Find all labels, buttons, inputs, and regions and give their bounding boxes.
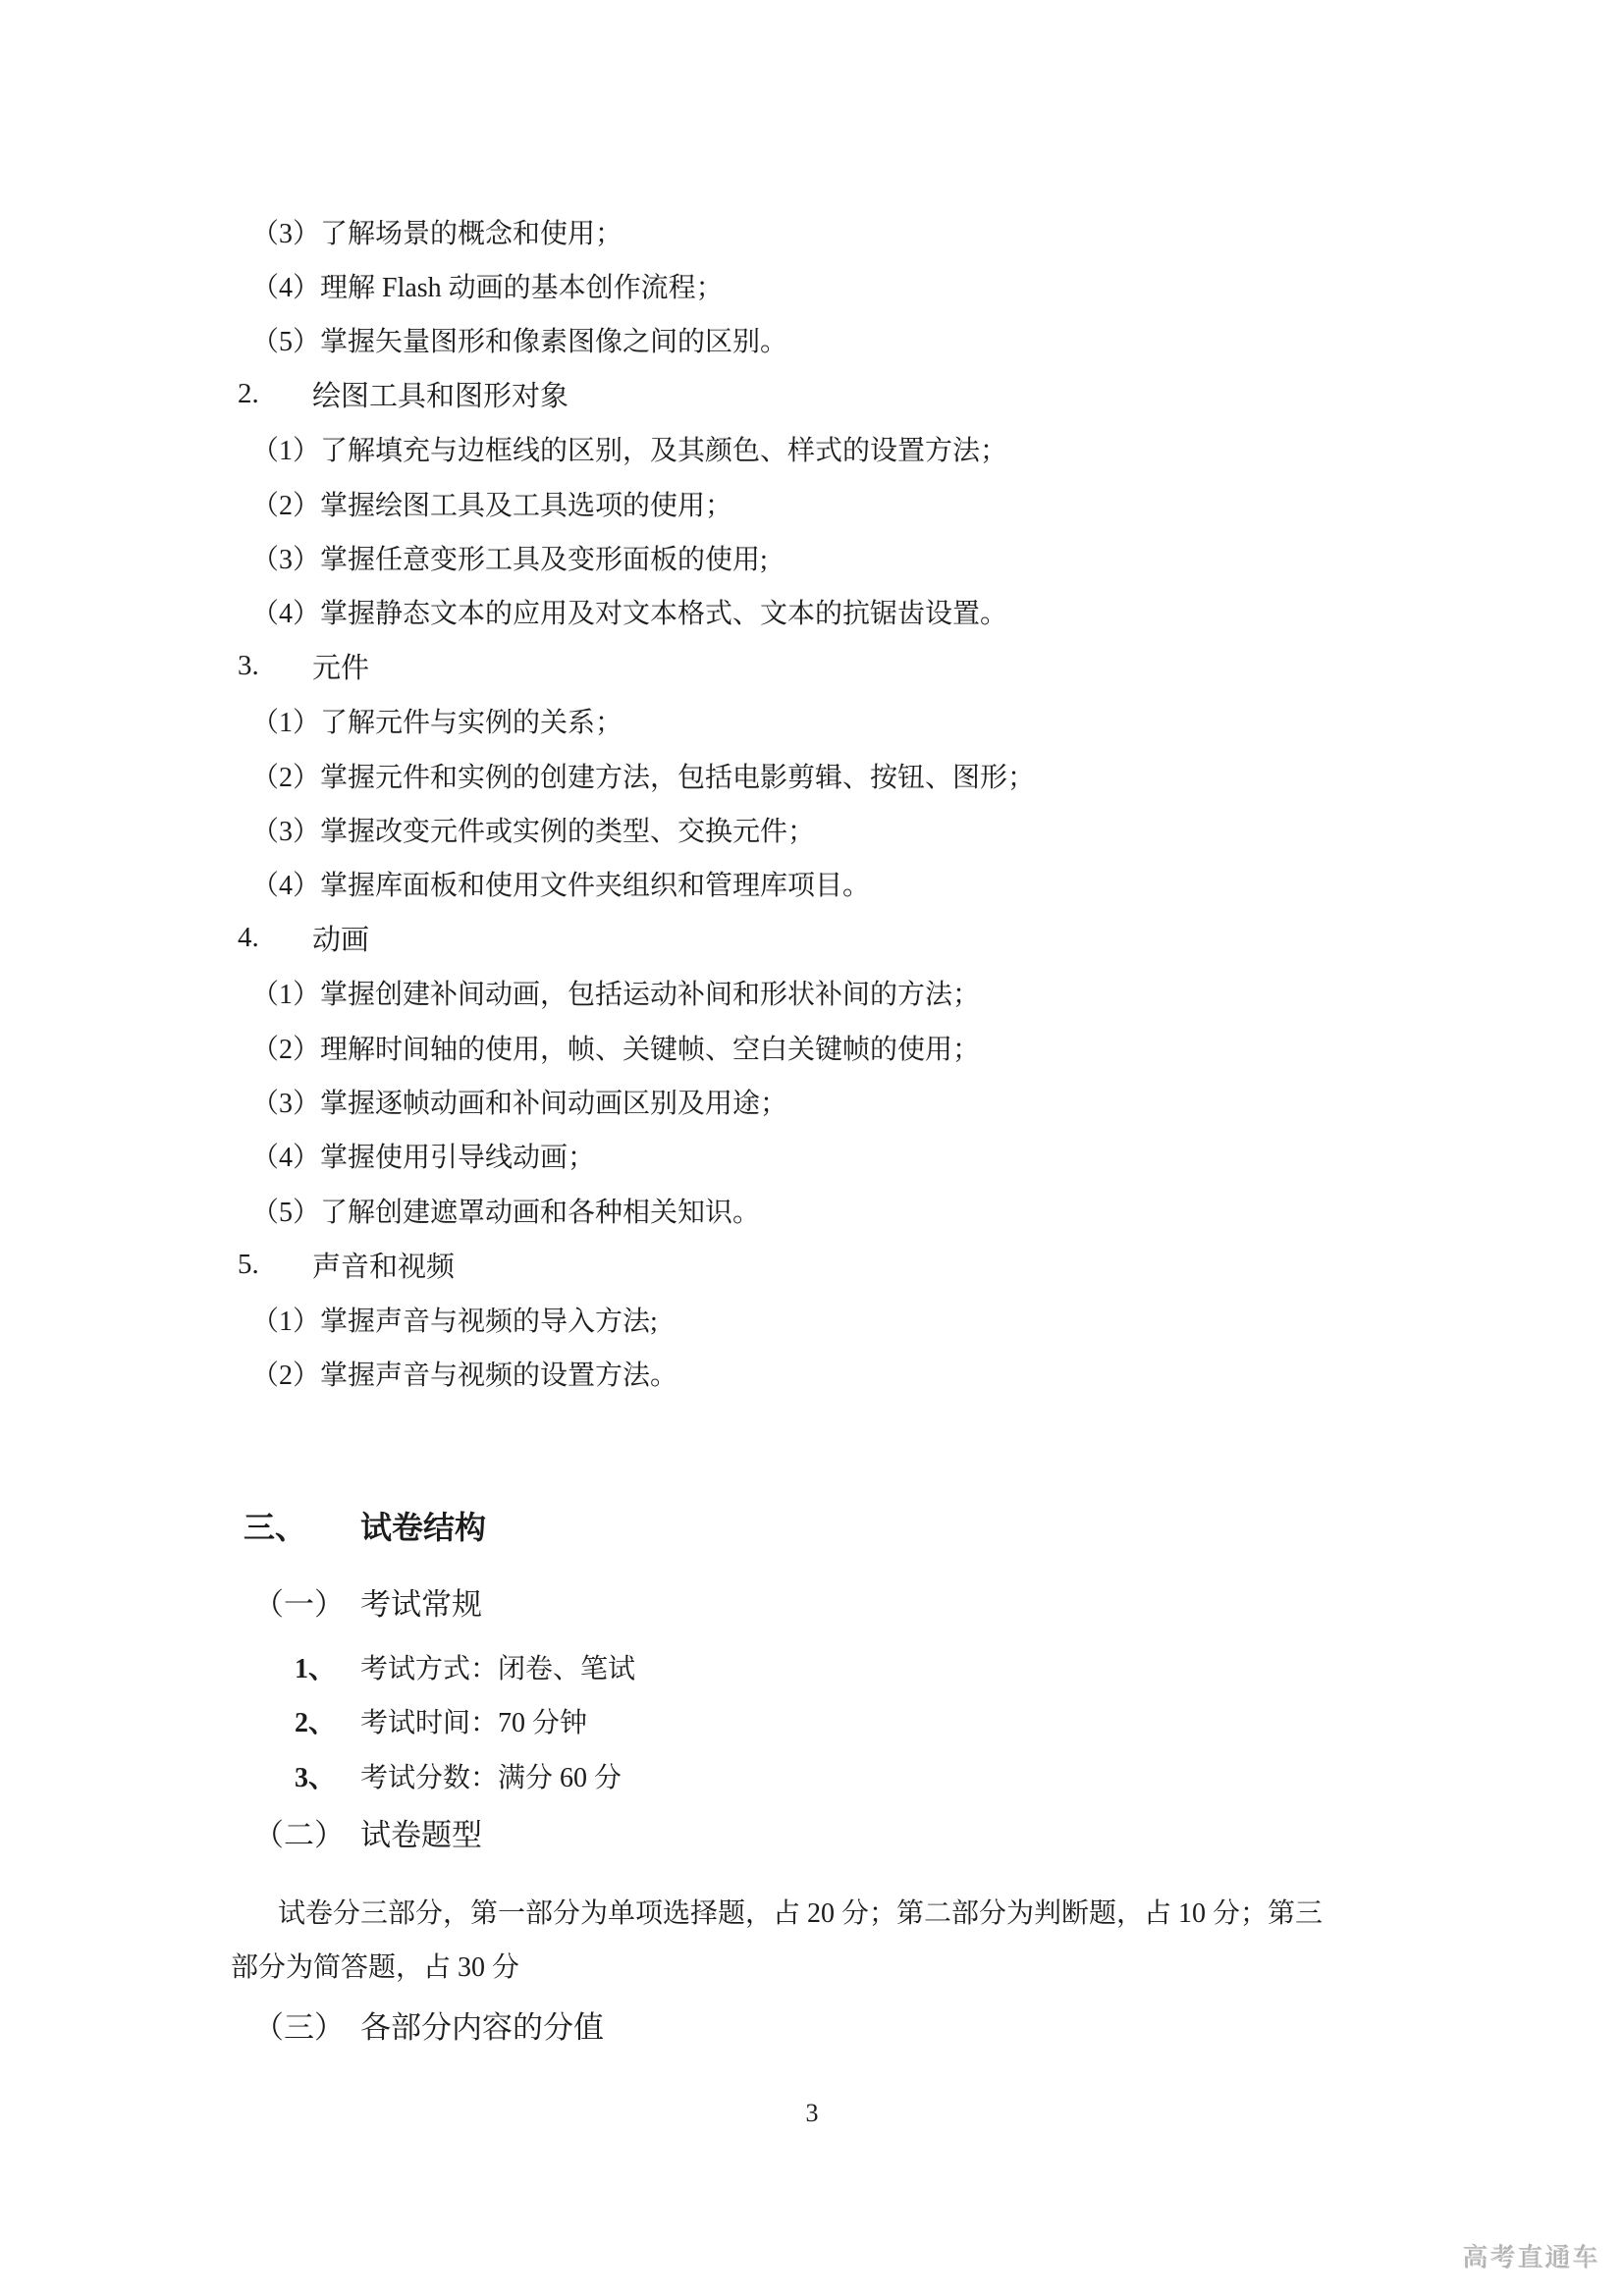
line-text: （2）掌握元件和实例的创建方法，包括电影剪辑、按钮、图形； [251, 756, 1035, 795]
doc-line: （4）掌握静态文本的应用及对文本格式、文本的抗锯齿设置。 [0, 585, 1624, 639]
doc-line: （一）考试常规 [0, 1575, 1624, 1629]
line-marker: （一） [253, 1579, 360, 1624]
line-text: 试卷题型 [360, 1810, 482, 1854]
line-text: （2）理解时间轴的使用，帧、关键帧、空白关键帧的使用； [251, 1028, 980, 1067]
line-marker: （二） [253, 1810, 360, 1854]
line-text: 考试分数：满分 60 分 [360, 1756, 622, 1795]
line-marker: 2、 [295, 1701, 360, 1740]
line-text: （1）掌握声音与视频的导入方法; [251, 1300, 658, 1339]
doc-line: 三、试卷结构 [0, 1499, 1624, 1553]
doc-line: （1）掌握声音与视频的导入方法; [0, 1292, 1624, 1346]
doc-line: 5.声音和视频 [0, 1237, 1624, 1291]
line-text: 考试方式：闭卷、笔试 [360, 1647, 635, 1686]
doc-line: （3）掌握任意变形工具及变形面板的使用; [0, 530, 1624, 584]
line-marker: 1、 [295, 1647, 360, 1686]
line-text: （3）掌握任意变形工具及变形面板的使用; [251, 538, 768, 577]
line-text: （4）掌握静态文本的应用及对文本格式、文本的抗锯齿设置。 [251, 592, 1007, 631]
doc-line: 3、考试分数：满分 60 分 [0, 1748, 1624, 1802]
doc-line: （2）掌握声音与视频的设置方法。 [0, 1346, 1624, 1400]
line-text: 元件 [312, 646, 369, 686]
doc-line: （三）各部分内容的分值 [0, 1998, 1624, 2052]
doc-line: 2、考试时间：70 分钟 [0, 1694, 1624, 1748]
line-text: （3）了解场景的概念和使用； [251, 212, 623, 251]
line-text: 考试常规 [360, 1579, 482, 1624]
line-text: （2）掌握声音与视频的设置方法。 [251, 1354, 677, 1393]
doc-line: （2）掌握元件和实例的创建方法，包括电影剪辑、按钮、图形； [0, 748, 1624, 802]
line-text: （1）了解填充与边框线的区别，及其颜色、样式的设置方法； [251, 429, 1007, 468]
line-marker: 3、 [295, 1756, 360, 1795]
line-text: （4）掌握使用引导线动画； [251, 1136, 595, 1175]
doc-line: （4）掌握库面板和使用文件夹组织和管理库项目。 [0, 857, 1624, 911]
line-text: （5）了解创建遮罩动画和各种相关知识。 [251, 1191, 760, 1230]
doc-line: （3）掌握逐帧动画和补间动画区别及用途； [0, 1074, 1624, 1128]
doc-line: （1）了解元件与实例的关系； [0, 694, 1624, 748]
line-text: 考试时间：70 分钟 [360, 1701, 587, 1740]
line-text: （1）掌握创建补间动画，包括运动补间和形状补间的方法； [251, 973, 980, 1012]
doc-line: （3）掌握改变元件或实例的类型、交换元件； [0, 802, 1624, 856]
doc-line: （1）了解填充与边框线的区别，及其颜色、样式的设置方法； [0, 422, 1624, 476]
line-text: 部分为简答题，占 30 分 [231, 1946, 519, 1985]
page-number: 3 [0, 2099, 1624, 2128]
doc-line: （5）了解创建遮罩动画和各种相关知识。 [0, 1183, 1624, 1237]
watermark: 高考直通车 [1463, 2238, 1600, 2274]
line-text: 各部分内容的分值 [360, 2002, 604, 2047]
line-marker: （三） [253, 2002, 360, 2047]
doc-line: 部分为简答题，占 30 分 [0, 1938, 1624, 1992]
line-marker: 三、 [244, 1503, 360, 1548]
line-text: 试卷结构 [360, 1503, 486, 1548]
line-text: （3）掌握改变元件或实例的类型、交换元件； [251, 810, 815, 849]
doc-line: （3）了解场景的概念和使用； [0, 204, 1624, 258]
doc-line: （2）掌握绘图工具及工具选项的使用； [0, 476, 1624, 530]
doc-line: （5）掌握矢量图形和像素图像之间的区别。 [0, 313, 1624, 367]
doc-line: 2.绘图工具和图形对象 [0, 367, 1624, 421]
doc-line: （2）理解时间轴的使用，帧、关键帧、空白关键帧的使用； [0, 1020, 1624, 1074]
line-text: （2）掌握绘图工具及工具选项的使用； [251, 484, 732, 523]
line-text: （5）掌握矢量图形和像素图像之间的区别。 [251, 320, 787, 359]
doc-line: （4）理解 Flash 动画的基本创作流程； [0, 258, 1624, 312]
doc-line: 1、考试方式：闭卷、笔试 [0, 1639, 1624, 1693]
document-page: （3）了解场景的概念和使用；（4）理解 Flash 动画的基本创作流程；（5）掌… [0, 0, 1624, 2296]
line-text: （4）理解 Flash 动画的基本创作流程； [251, 266, 724, 305]
doc-line: 3.元件 [0, 639, 1624, 693]
line-marker: 2. [238, 378, 312, 410]
doc-line: （1）掌握创建补间动画，包括运动补间和形状补间的方法； [0, 965, 1624, 1019]
doc-line: （二）试卷题型 [0, 1805, 1624, 1859]
line-text: （4）掌握库面板和使用文件夹组织和管理库项目。 [251, 864, 870, 903]
doc-line: （4）掌握使用引导线动画； [0, 1129, 1624, 1183]
line-text: 动画 [312, 918, 369, 958]
line-text: （3）掌握逐帧动画和补间动画区别及用途； [251, 1082, 787, 1121]
line-text: 绘图工具和图形对象 [312, 374, 568, 414]
line-marker: 5. [238, 1249, 312, 1281]
line-marker: 3. [238, 650, 312, 682]
doc-content: （3）了解场景的概念和使用；（4）理解 Flash 动画的基本创作流程；（5）掌… [0, 0, 1624, 2052]
line-text: （1）了解元件与实例的关系； [251, 701, 623, 740]
line-text: 声音和视频 [312, 1245, 455, 1285]
doc-line: 4.动画 [0, 911, 1624, 965]
line-marker: 4. [238, 922, 312, 954]
line-text: 试卷分三部分，第一部分为单项选择题，占 20 分；第二部分为判断题，占 10 分… [278, 1892, 1323, 1931]
doc-line: 试卷分三部分，第一部分为单项选择题，占 20 分；第二部分为判断题，占 10 分… [0, 1884, 1624, 1938]
